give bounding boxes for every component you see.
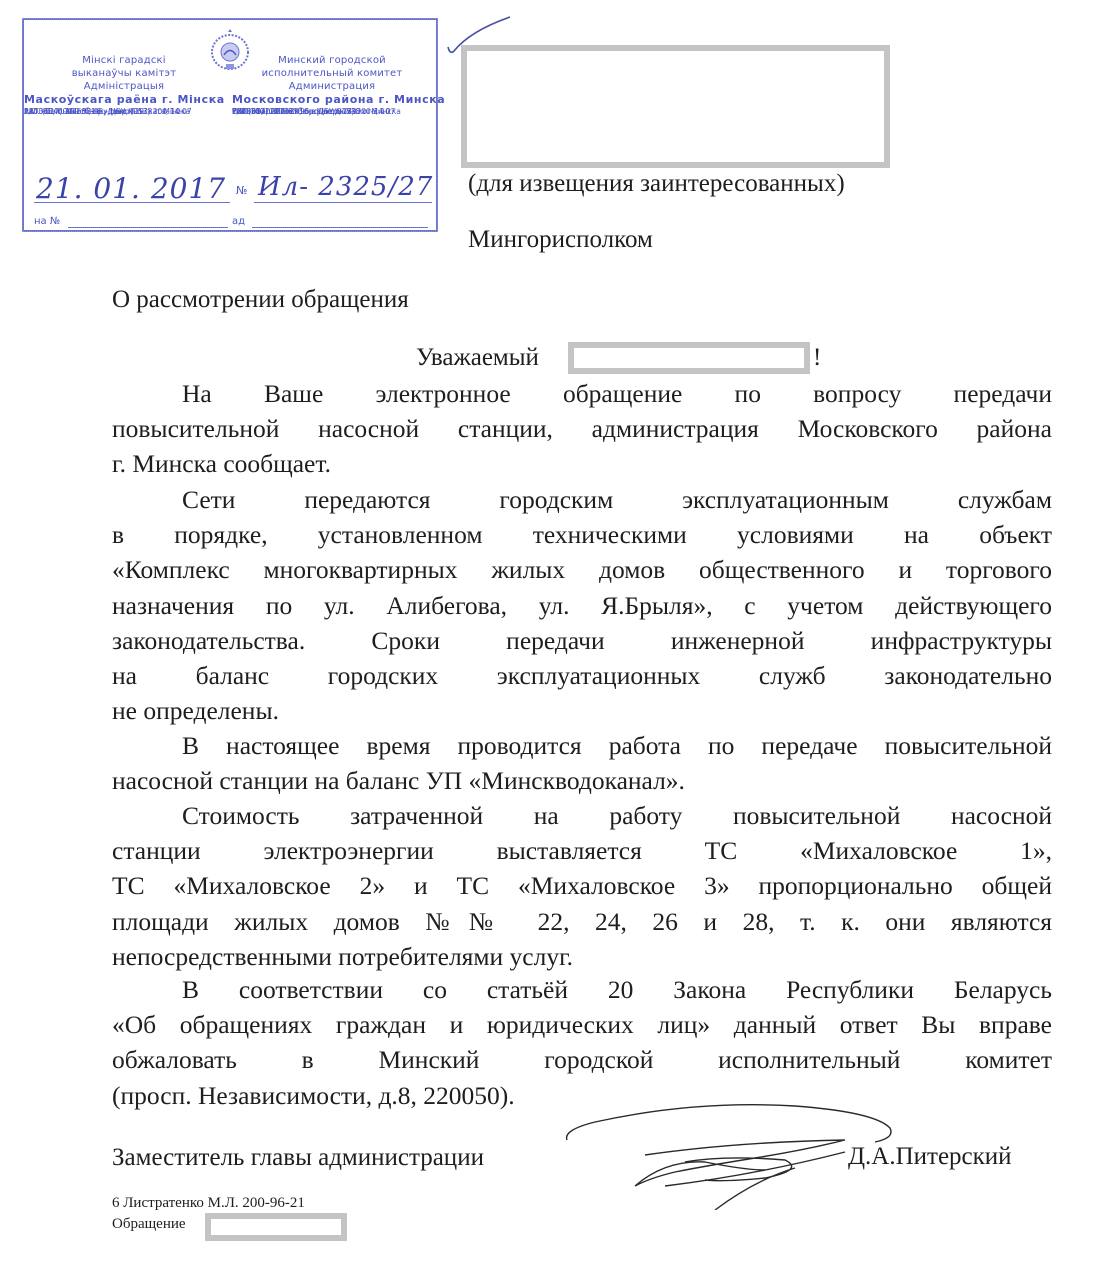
text-line: Стоимость затраченной на работу повысите… — [112, 798, 1052, 833]
text-line: не определены. — [112, 693, 1052, 728]
text-line: ТС «Михаловское 2» и ТС «Михаловское 3» … — [112, 868, 1052, 903]
stamp-line: Московского района г. Минска — [232, 93, 432, 106]
text-line: На Ваше электронное обращение по вопросу… — [112, 376, 1052, 411]
ad-underline — [252, 227, 428, 228]
stamp-line: выканаўчы камітэт — [24, 67, 224, 80]
stamp-russian-text: Минский городской исполнительный комитет… — [232, 54, 432, 106]
letter-subject: О рассмотрении обращения — [112, 282, 409, 317]
text-line: в порядке, установленном техническими ус… — [112, 517, 1052, 552]
stamp-line: ААТ «Белінвестбанк», код 739 — [24, 106, 144, 118]
signatory-name: Д.А.Питерский — [848, 1139, 1012, 1174]
text-line: г. Минска сообщает. — [112, 446, 1052, 481]
text-line: на баланс городских эксплуатационных слу… — [112, 658, 1052, 693]
text-line: повысительной насосной станции, админист… — [112, 411, 1052, 446]
body-paragraph-5: В соответствии со статьёй 20 Закона Респ… — [112, 972, 1052, 1113]
text-line: площади жилых домов №№ 22, 24, 26 и 28, … — [112, 904, 1052, 939]
registration-stamp: Мінскі гарадскі выканаўчы камітэт Адміні… — [22, 18, 438, 232]
text-line: назначения по ул. Алибегова, ул. Я.Брыля… — [112, 588, 1052, 623]
stamp-line: Администрация — [232, 80, 432, 93]
stamp-number-label: № — [236, 184, 247, 197]
text-line: Сети передаются городским эксплуатационн… — [112, 482, 1052, 517]
date-underline — [34, 202, 230, 203]
stamp-line: Минский городской — [232, 54, 432, 67]
stamp-ad-label: ад — [232, 216, 245, 227]
stamp-line: Маскоўскага раёна г. Мінска — [24, 93, 224, 106]
text-line: непосредственными потребителями услуг. — [112, 939, 1052, 974]
salutation-suffix: ! — [813, 340, 821, 375]
text-line: законодательства. Сроки передачи инженер… — [112, 623, 1052, 658]
body-paragraph-4: Стоимость затраченной на работу повысите… — [112, 798, 1052, 974]
signatory-position: Заместитель главы администрации — [112, 1140, 484, 1175]
stamp-date-number-row: 21. 01. 2017 № Ил- 2325/27 — [30, 170, 434, 202]
addressee-note: (для извещения заинтересованных) — [468, 166, 845, 201]
body-paragraph-1: На Ваше электронное обращение по вопросу… — [112, 376, 1052, 482]
body-paragraph-3: В настоящее время проводится работа по п… — [112, 728, 1052, 798]
number-underline — [254, 202, 432, 203]
text-line: В соответствии со статьёй 20 Закона Респ… — [112, 972, 1052, 1007]
stamp-line: Мінскі гарадскі — [24, 54, 224, 67]
stamp-line: исполнительный комитет — [232, 67, 432, 80]
body-paragraph-2: Сети передаются городским эксплуатационн… — [112, 482, 1052, 728]
text-line: «Комплекс многоквартирных жилых домов об… — [112, 552, 1052, 587]
addressee-redaction — [461, 45, 890, 168]
text-line: В настоящее время проводится работа по п… — [112, 728, 1052, 763]
text-line: станции электроэнергии выставляется ТС «… — [112, 833, 1052, 868]
appeal-label: Обращение — [112, 1215, 186, 1233]
stamp-line: Адміністрацыя — [24, 80, 224, 93]
stamp-unp: УНП 100122739 — [232, 106, 293, 118]
na-underline — [68, 227, 228, 228]
salutation-prefix: Уважаемый — [416, 340, 539, 375]
executor-info: 6 Листратенко М.Л. 200-96-21 — [112, 1194, 305, 1212]
salutation-name-redaction — [568, 342, 810, 374]
text-line: обжаловать в Минский городской исполните… — [112, 1042, 1052, 1077]
stamp-na-label: на № — [34, 216, 60, 227]
text-line: «Об обращениях граждан и юридических лиц… — [112, 1007, 1052, 1042]
text-line: насосной станции на баланс УП «Минскводо… — [112, 763, 1052, 798]
appeal-number-redaction — [205, 1213, 347, 1241]
addressee-organization: Мингорисполком — [468, 222, 653, 257]
stamp-registration-number: Ил- 2325/27 — [258, 172, 433, 202]
stamp-belarusian-text: Мінскі гарадскі выканаўчы камітэт Адміні… — [24, 54, 224, 106]
stamp-date: 21. 01. 2017 — [36, 172, 226, 205]
